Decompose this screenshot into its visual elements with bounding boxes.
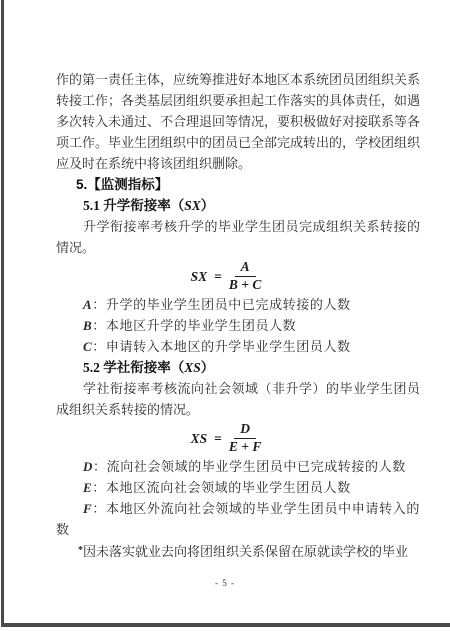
definition-item: F：本地区外流向社会领域的毕业学生团员中申请转入的人 bbox=[56, 498, 420, 519]
paragraph-line: 转接工作；各类基层团组织要承担起工作落实的具体责任，如遇 bbox=[56, 90, 420, 111]
fraction: D E + F bbox=[229, 422, 261, 454]
paragraph-line: 作的第一责任主体，应统筹推进好本地区本系统团员团组织关系 bbox=[56, 69, 420, 90]
fraction: A B + C bbox=[229, 260, 261, 292]
definition-variable: A bbox=[83, 297, 92, 312]
definition-variable: B bbox=[83, 318, 92, 333]
heading-variable: SX bbox=[184, 198, 201, 213]
definition-text: ：本地区升学的毕业学生团员人数 bbox=[92, 318, 296, 333]
heading-text: 5.2 学社衔接率（ bbox=[83, 360, 184, 375]
definition-text: ：流向社会领域的毕业学生团员中已完成转接的人数 bbox=[93, 459, 406, 474]
definition-item: C：申请转入本地区的升学毕业学生团员人数 bbox=[56, 336, 420, 357]
section-5-heading: 5.【监测指标】 bbox=[56, 174, 420, 195]
paragraph-line: 成组织关系转接的情况。 bbox=[56, 399, 420, 420]
paragraph-line: 升学衔接率考核升学的毕业学生团员完成组织关系转接的 bbox=[56, 216, 420, 237]
page-bottom-edge bbox=[1, 623, 450, 627]
definition-text: ：本地区外流向社会领域的毕业学生团员中申请转入的人 bbox=[56, 501, 420, 519]
definition-variable: D bbox=[83, 459, 93, 474]
fraction-numerator: A bbox=[235, 260, 256, 277]
paragraph-line: 应及时在系统中将该团组织删除。 bbox=[56, 153, 420, 174]
footnote-line: *因未落实就业去向将团组织关系保留在原就读学校的毕业 bbox=[56, 540, 420, 561]
definition-item: E：本地区流向社会领域的毕业学生团员人数 bbox=[56, 477, 420, 498]
section-5-1-heading: 5.1 升学衔接率（SX） bbox=[56, 195, 420, 216]
fraction-numerator: D bbox=[234, 422, 256, 439]
paragraph-line: 多次转入未通过、不合理退回等情况，要积极做好对接联系等各 bbox=[56, 111, 420, 132]
footnote-text: 因未落实就业去向将团组织关系保留在原就读学校的毕业 bbox=[83, 544, 408, 559]
equals-sign: = bbox=[214, 266, 222, 287]
definition-variable: C bbox=[83, 339, 92, 354]
fraction-denominator: E + F bbox=[229, 439, 261, 455]
definition-text: ：本地区流向社会领域的毕业学生团员人数 bbox=[92, 480, 350, 495]
formula-lhs: XS bbox=[191, 428, 208, 449]
definition-text: ：申请转入本地区的升学毕业学生团员人数 bbox=[92, 339, 350, 354]
fraction-denominator: B + C bbox=[229, 277, 261, 293]
heading-text: ） bbox=[201, 198, 215, 213]
heading-variable: XS bbox=[184, 360, 201, 375]
paragraph-line: 项工作。毕业生团组织中的团员已全部完成转出的，学校团组织 bbox=[56, 132, 420, 153]
definition-text: ：升学的毕业学生团员中已完成转接的人数 bbox=[92, 297, 350, 312]
document-body: 作的第一责任主体，应统筹推进好本地区本系统团员团组织关系 转接工作；各类基层团组… bbox=[56, 69, 420, 561]
definition-item: A：升学的毕业学生团员中已完成转接的人数 bbox=[56, 294, 420, 315]
definition-variable: E bbox=[83, 480, 92, 495]
definition-item: D：流向社会领域的毕业学生团员中已完成转接的人数 bbox=[56, 456, 420, 477]
page-number: - 5 - bbox=[0, 578, 450, 588]
formula-lhs: SX bbox=[191, 266, 208, 287]
formula-xs: XS = D E + F bbox=[44, 420, 408, 456]
paragraph-line: 情况。 bbox=[56, 237, 420, 258]
section-5-2-heading: 5.2 学社衔接率（XS） bbox=[56, 357, 420, 378]
document-page: { "colors":{"text":"#2b2b2b","heading":"… bbox=[0, 0, 450, 631]
equals-sign: = bbox=[214, 428, 222, 449]
heading-text: ） bbox=[201, 360, 215, 375]
page-left-edge bbox=[1, 0, 4, 626]
definition-variable: F bbox=[83, 501, 92, 516]
formula-sx: SX = A B + C bbox=[44, 258, 408, 294]
paragraph-line: 学社衔接率考核流向社会领域（非升学）的毕业学生团员完 bbox=[56, 378, 420, 399]
definition-item: B：本地区升学的毕业学生团员人数 bbox=[56, 315, 420, 336]
definition-wrap-line: 数 bbox=[56, 519, 420, 540]
heading-text: 5.1 升学衔接率（ bbox=[83, 198, 184, 213]
